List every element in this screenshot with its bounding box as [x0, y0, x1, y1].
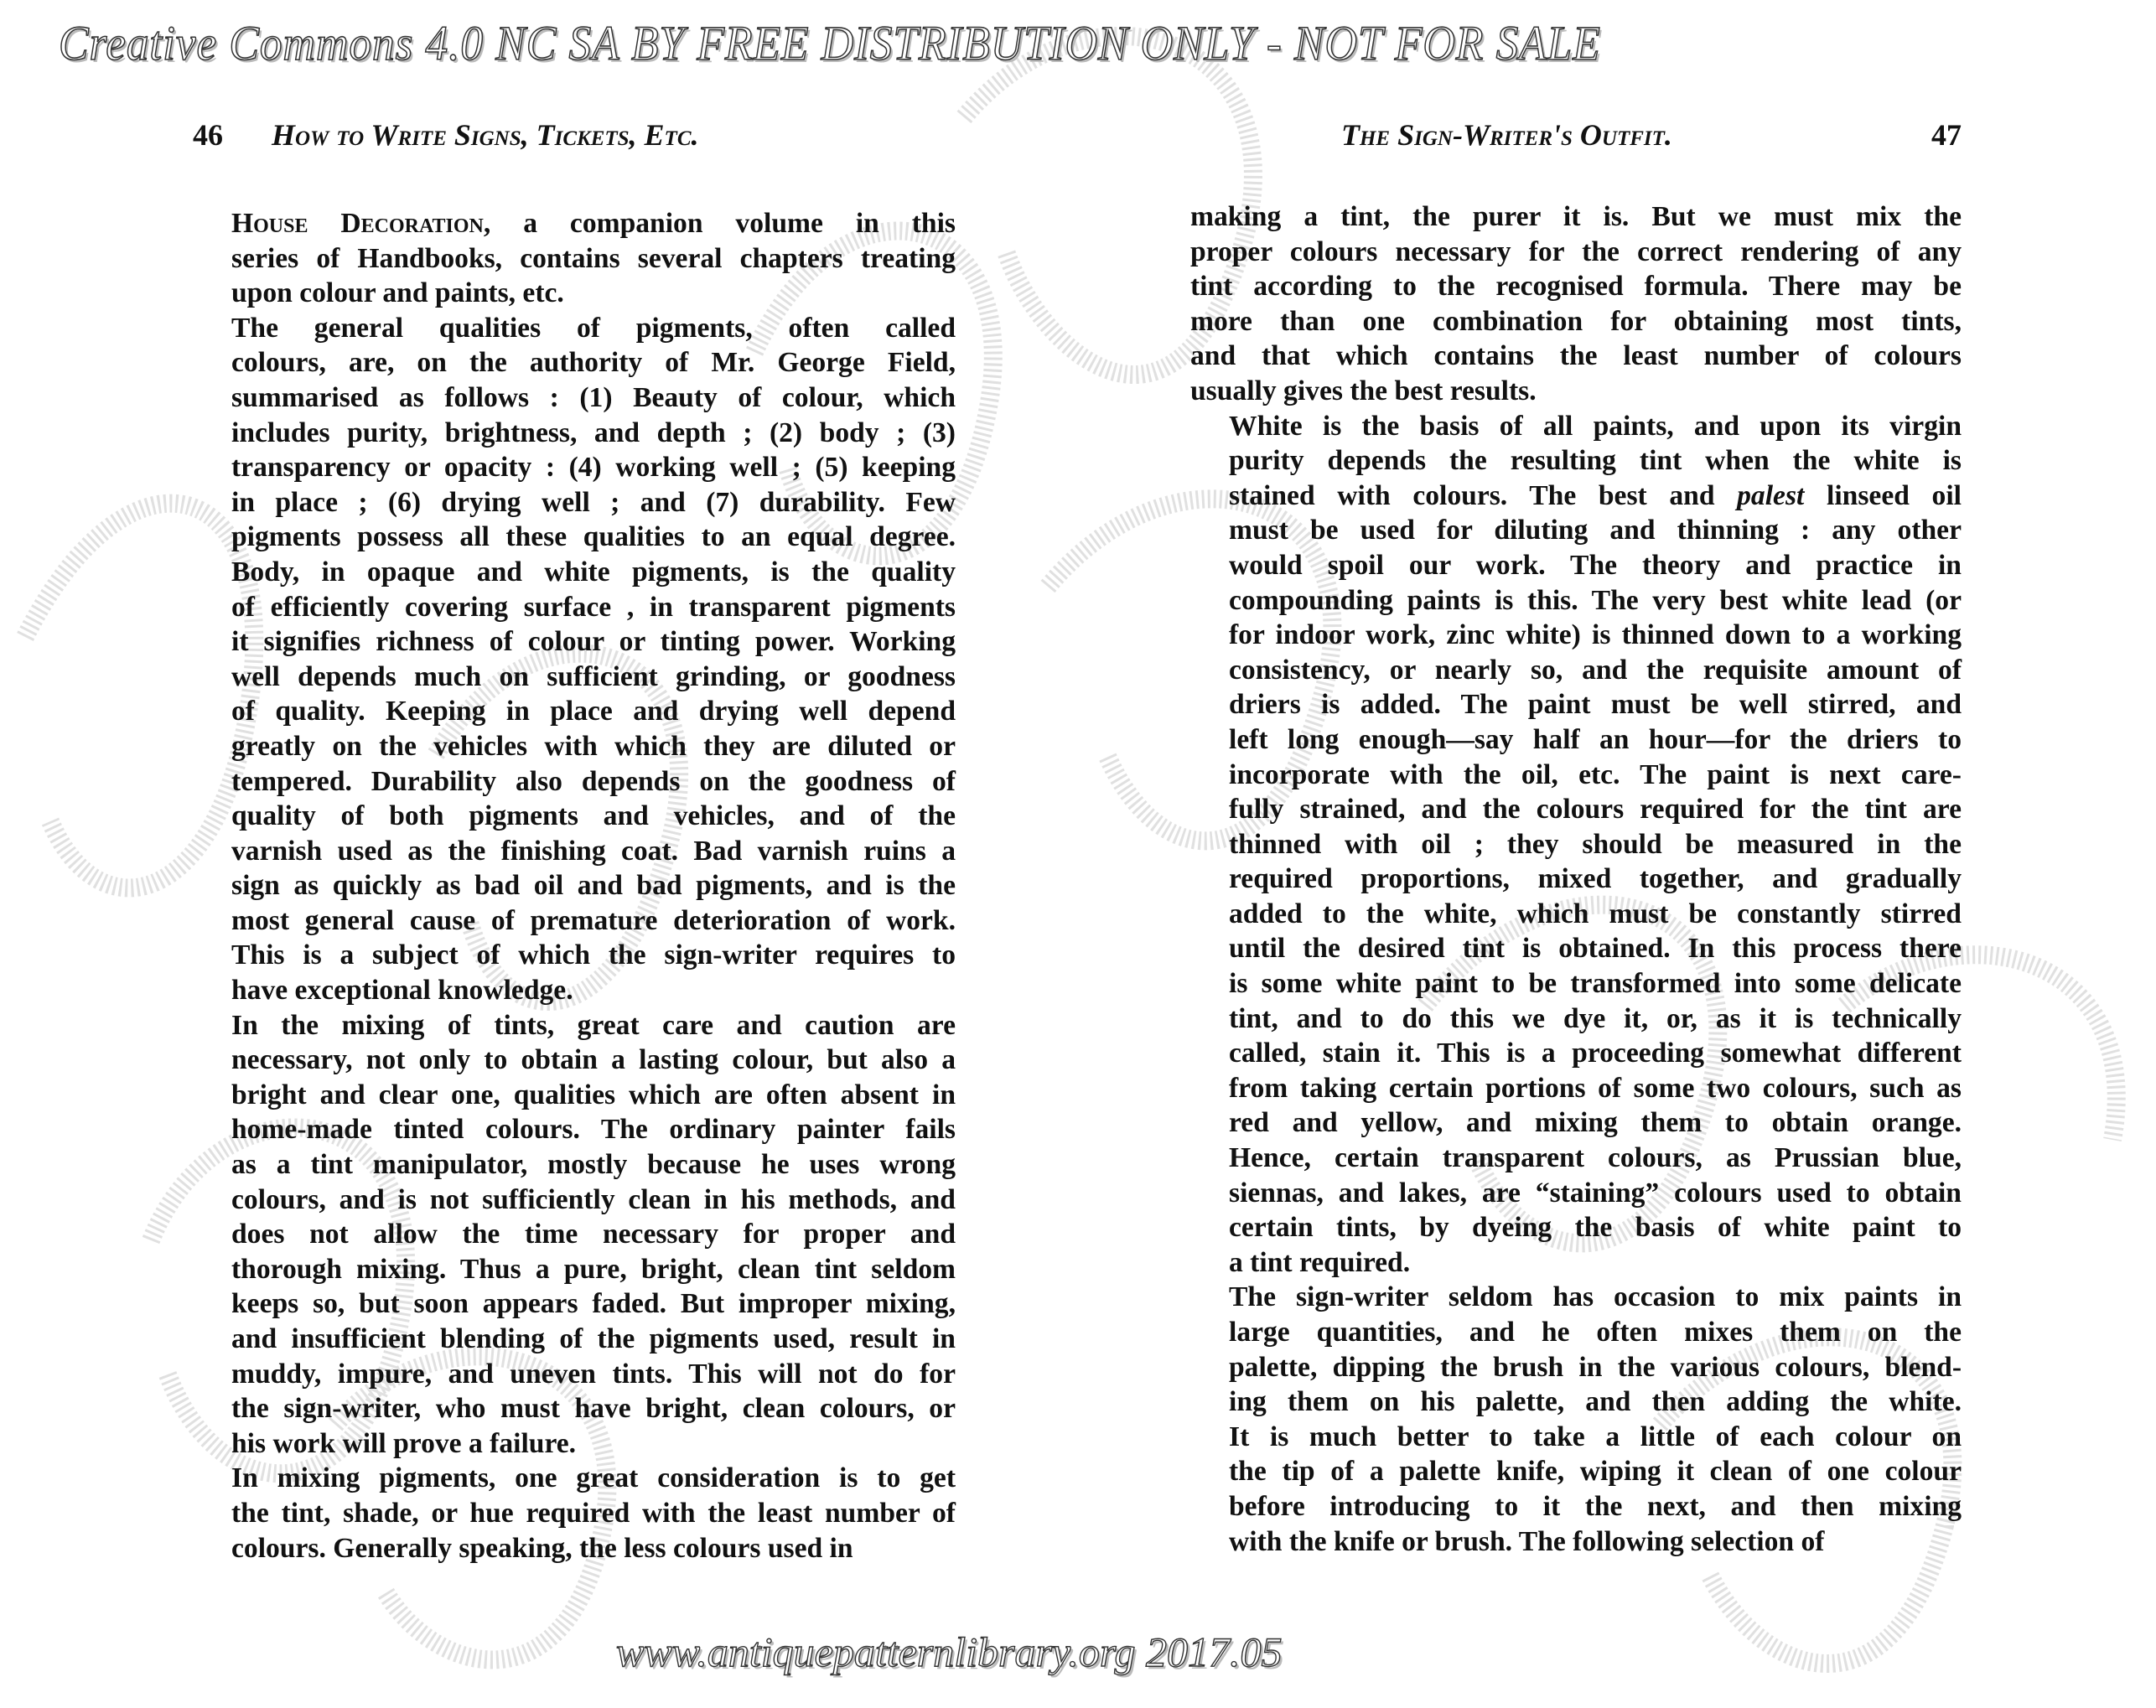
text-line: varnish used as the finishing coat. Bad …	[193, 834, 956, 869]
left-running-head: 46 How to Write Signs, Tickets, Etc.	[193, 117, 956, 168]
text-line: have exceptional knowledge.	[193, 973, 956, 1008]
text-line: and that which contains the least number…	[1190, 339, 1962, 374]
text-line: House Decoration, a companion volume in …	[193, 206, 956, 241]
text-line: does not allow the time necessary for pr…	[193, 1217, 956, 1252]
text-line: greatly on the vehicles with which they …	[193, 729, 956, 764]
paragraph: making a tint, the purer it is. But we m…	[1190, 199, 1962, 409]
text-line: it signifies richness of colour or tinti…	[193, 624, 956, 660]
text-line: with the knife or brush. The following s…	[1190, 1524, 1962, 1560]
text-line: driers is added. The paint must be well …	[1190, 687, 1962, 722]
text-line: fully strained, and the colours required…	[1190, 792, 1962, 827]
text-line: would spoil our work. The theory and pra…	[1190, 548, 1962, 583]
text-line: as a tint manipulator, mostly because he…	[193, 1147, 956, 1183]
running-head-title: The Sign-Writer's Outfit.	[1341, 117, 1672, 153]
text-line: thinned with oil ; they should be measur…	[1190, 827, 1962, 862]
paragraph: The sign-writer seldom has occasion to m…	[1190, 1280, 1962, 1559]
text-line: the tint, shade, or hue required with th…	[193, 1496, 956, 1531]
text-line: sign as quickly as bad oil and bad pigme…	[193, 868, 956, 903]
text-line: of quality. Keeping in place and drying …	[193, 694, 956, 729]
text-line: proper colours necessary for the correct…	[1190, 235, 1962, 270]
text-line: palette, dipping the brush in the variou…	[1190, 1350, 1962, 1385]
text-line: colours. Generally speaking, the less co…	[193, 1531, 956, 1566]
text-line: more than one combination for obtaining …	[1190, 304, 1962, 339]
text-line: bright and clear one, qualities which ar…	[193, 1078, 956, 1113]
text-line: left long enough—say half an hour—for th…	[1190, 722, 1962, 758]
right-running-head: The Sign-Writer's Outfit. 47	[1190, 117, 1962, 168]
text-line: his work will prove a failure.	[193, 1426, 956, 1462]
text-line: a tint required.	[1190, 1245, 1962, 1281]
text-line: the sign-writer, who must have bright, c…	[193, 1391, 956, 1426]
text-line: It is much better to take a little of ea…	[1190, 1420, 1962, 1455]
text-line: White is the basis of all paints, and up…	[1190, 409, 1962, 444]
text-line: the tip of a palette knife, wiping it cl…	[1190, 1454, 1962, 1489]
page-number: 47	[1931, 117, 1962, 153]
text-line: in place ; (6) drying well ; and (7) dur…	[193, 485, 956, 520]
website-watermark-banner: www.antiquepatternlibrary.org 2017.05	[616, 1628, 1282, 1676]
text-line: transparency or opacity : (4) working we…	[193, 450, 956, 485]
text-line: until the desired tint is obtained. In t…	[1190, 931, 1962, 966]
text-line: compounding paints is this. The very bes…	[1190, 583, 1962, 619]
left-body-text: House Decoration, a companion volume in …	[193, 206, 956, 1566]
text-line: required proportions, mixed together, an…	[1190, 862, 1962, 897]
text-line: ing them on his palette, and then adding…	[1190, 1385, 1962, 1420]
text-line: large quantities, and he often mixes the…	[1190, 1315, 1962, 1350]
text-line: home-made tinted colours. The ordinary p…	[193, 1112, 956, 1147]
text-line: siennas, and lakes, are “staining” colou…	[1190, 1176, 1962, 1211]
text-line: is some white paint to be transformed in…	[1190, 966, 1962, 1002]
text-line: The sign-writer seldom has occasion to m…	[1190, 1280, 1962, 1315]
text-line: from taking certain portions of some two…	[1190, 1071, 1962, 1106]
text-line: In mixing pigments, one great considerat…	[193, 1461, 956, 1496]
italic-word: palest	[1737, 480, 1804, 511]
text-line: quality of both pigments and vehicles, a…	[193, 799, 956, 834]
page-number: 46	[193, 117, 223, 153]
paragraph: House Decoration, a companion volume in …	[193, 206, 956, 311]
text-line: called, stain it. This is a proceeding s…	[1190, 1036, 1962, 1071]
text-line: tempered. Durability also depends on the…	[193, 764, 956, 800]
paragraph: In the mixing of tints, great care and c…	[193, 1008, 956, 1462]
text-line: necessary, not only to obtain a lasting …	[193, 1043, 956, 1078]
text-line: colours, are, on the authority of Mr. Ge…	[193, 345, 956, 380]
text-line: tint according to the recognised formula…	[1190, 269, 1962, 304]
text-line: pigments possess all these qualities to …	[193, 520, 956, 555]
text-line: usually gives the best results.	[1190, 374, 1962, 409]
text-line: for indoor work, zinc white) is thinned …	[1190, 618, 1962, 653]
right-page: The Sign-Writer's Outfit. 47 making a ti…	[1190, 117, 1962, 1559]
right-body-text: making a tint, the purer it is. But we m…	[1190, 199, 1962, 1559]
text-line: before introducing to it the next, and t…	[1190, 1489, 1962, 1524]
text-line: and insufficient blending of the pigment…	[193, 1322, 956, 1357]
running-head-title: How to Write Signs, Tickets, Etc.	[272, 117, 699, 153]
text-line: In the mixing of tints, great care and c…	[193, 1008, 956, 1043]
text-line: includes purity, brightness, and depth ;…	[193, 416, 956, 451]
left-page: 46 How to Write Signs, Tickets, Etc. Hou…	[193, 117, 956, 1566]
text-line: red and yellow, and mixing them to obtai…	[1190, 1105, 1962, 1141]
text-line: muddy, impure, and uneven tints. This wi…	[193, 1357, 956, 1392]
text-line: well depends much on sufficient grinding…	[193, 660, 956, 695]
text-line: upon colour and paints, etc.	[193, 276, 956, 311]
text-line: added to the white, which must be consta…	[1190, 897, 1962, 932]
text-line: purity depends the resulting tint when t…	[1190, 443, 1962, 479]
text-line: keeps so, but soon appears faded. But im…	[193, 1286, 956, 1322]
text-line: The general qualities of pigments, often…	[193, 311, 956, 346]
text-line: incorporate with the oil, etc. The paint…	[1190, 758, 1962, 793]
text-line: most general cause of premature deterior…	[193, 903, 956, 939]
text-line: consistency, or nearly so, and the requi…	[1190, 653, 1962, 688]
text-line: tint, and to do this we dye it, or, as i…	[1190, 1002, 1962, 1037]
text-line: summarised as follows : (1) Beauty of co…	[193, 380, 956, 416]
text-line: of efficiently covering surface , in tra…	[193, 590, 956, 625]
text-line: stained with colours. The best and pales…	[1190, 479, 1962, 514]
text-line: thorough mixing. Thus a pure, bright, cl…	[193, 1252, 956, 1287]
paragraph: The general qualities of pigments, often…	[193, 311, 956, 1008]
text-line: Body, in opaque and white pigments, is t…	[193, 555, 956, 590]
text-line: series of Handbooks, contains several ch…	[193, 241, 956, 277]
text-line: colours, and is not sufficiently clean i…	[193, 1183, 956, 1218]
text-line: This is a subject of which the sign-writ…	[193, 938, 956, 973]
text-line: making a tint, the purer it is. But we m…	[1190, 199, 1962, 235]
paragraph: White is the basis of all paints, and up…	[1190, 409, 1962, 1281]
text-line: must be used for diluting and thinning :…	[1190, 513, 1962, 548]
license-watermark-banner: Creative Commons 4.0 NC SA BY FREE DISTR…	[59, 15, 1801, 71]
paragraph: In mixing pigments, one great considerat…	[193, 1461, 956, 1566]
text-line: Hence, certain transparent colours, as P…	[1190, 1141, 1962, 1176]
text-line: certain tints, by dyeing the basis of wh…	[1190, 1210, 1962, 1245]
small-caps-lead: House Decoration,	[231, 208, 490, 239]
